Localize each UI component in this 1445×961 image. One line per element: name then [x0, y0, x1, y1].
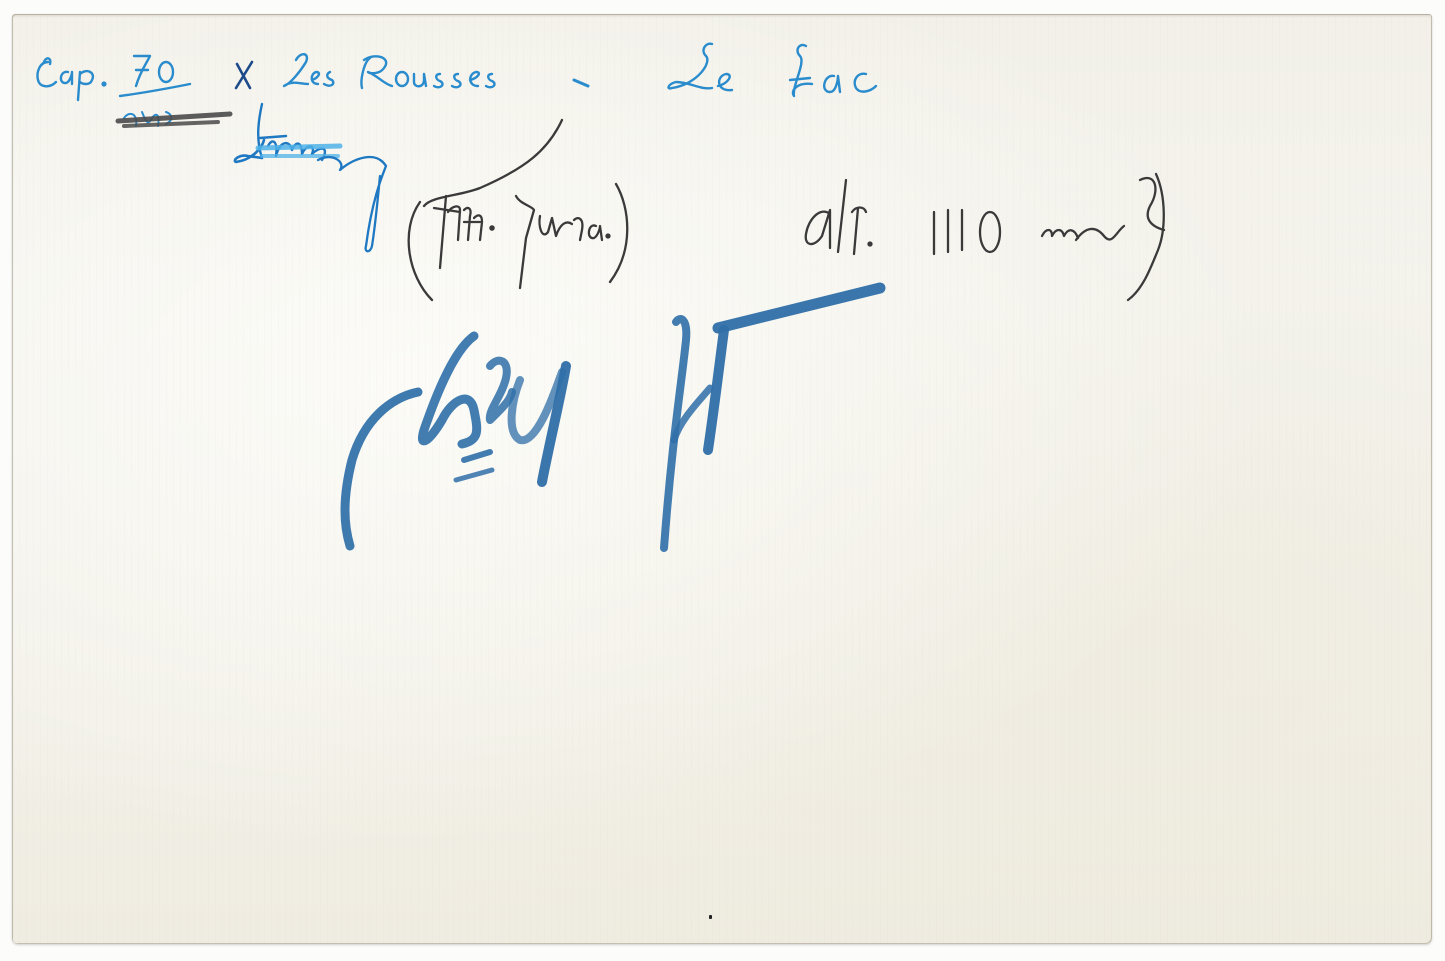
scan-background: Cap. 70 5?5 Les Rousses - Le Lac Arnez (…	[0, 0, 1445, 961]
handwriting-layer	[0, 0, 1445, 961]
crossed-out-number-ink	[118, 112, 230, 126]
cross-mark	[236, 62, 252, 88]
subject-title-ink	[669, 44, 876, 96]
crayon-signature-ink	[345, 288, 880, 548]
catalog-reference-ink	[37, 56, 190, 100]
place-name-ink	[284, 54, 588, 88]
pencil-annotation-ink	[409, 120, 1164, 300]
dust-speck	[709, 915, 712, 919]
crossed-out-word-ink	[235, 104, 386, 251]
